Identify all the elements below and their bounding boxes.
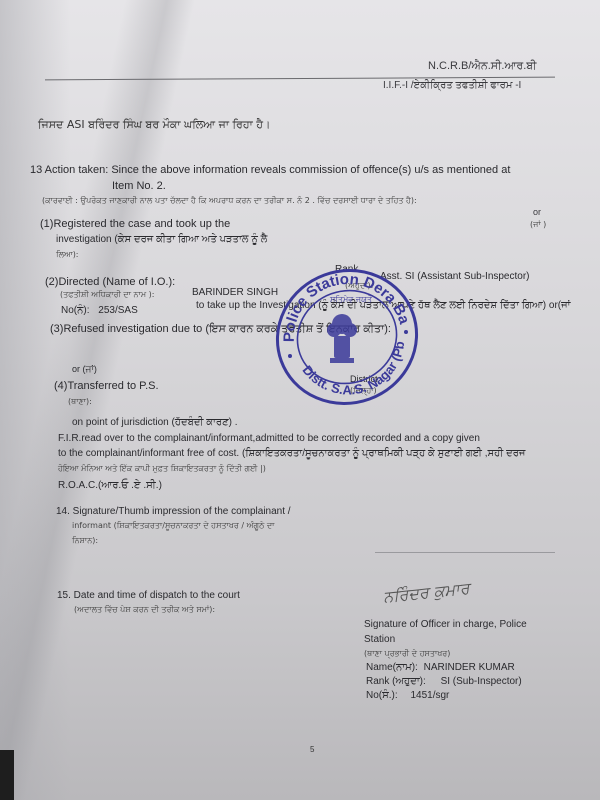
item13-punjabi: (ਕਾਰਵਾਈ : ਉਪਰੋਕਤ ਜਾਣਕਾਰੀ ਨਾਲ ਪਤਾ ਚੱਲਦਾ ਹ… — [42, 196, 417, 206]
item14-label3: ਨਿਸ਼ਾਨ): — [72, 536, 98, 546]
io-label-pa: (ਤਫਤੀਸ਼ੀ ਅਧਿਕਾਰੀ ਦਾ ਨਾਮ ): — [60, 290, 154, 300]
opt1-text3: ਲਿਆ): — [56, 250, 79, 260]
item15-label-pa: (ਅਦਾਲਤ ਵਿੱਚ ਪੇਸ਼ ਕਰਨ ਦੀ ਤਰੀਕ ਅਤੇ ਸਮਾਂ): — [74, 605, 215, 615]
opt1-text: Registered the case and took up the — [53, 218, 230, 230]
officer-no-value: 1451/sgr — [410, 690, 449, 701]
or-pa: (ਜਾਂ ) — [530, 220, 546, 230]
opt1-line: (1)Registered the case and took up the — [40, 218, 230, 230]
sig-label-pa: (ਥਾਣਾ ਪ੍ਰਭਾਰੀ ਦੇ ਹਸਤਾਖਰ) — [364, 649, 450, 659]
opt4-text-pa: (ਥਾਣਾ): — [68, 397, 92, 407]
stamp-inner-text: ਸਤਿਮੇਵ ਜਯਤੇ — [329, 295, 373, 304]
officer-no-label: No(ਸੰ.): — [366, 690, 398, 701]
background-corner — [0, 750, 14, 800]
iif-header: I.I.F.-I /ਏਕੀਕ੍ਰਿਤ ਤਫਤੀਸ਼ੀ ਫਾਰਮ -I — [383, 80, 521, 91]
intro-line: ਜਿਸਦ ASI ਬਰਿੰਦਰ ਸਿੰਘ ਬਰ ਮੌਕਾ ਘਲਿਆ ਜਾ ਰਿਹ… — [38, 118, 270, 132]
sig-label2: Station — [364, 634, 395, 645]
roac-line: R.O.A.C.(ਆਰ.ਓ .ਏ .ਸੀ.) — [58, 480, 162, 491]
io-name: BARINDER SINGH — [192, 287, 278, 298]
officer-signature: ਨਰਿੰਦਰ ਕੁਮਾਰ — [382, 579, 470, 608]
item15-label: 15. Date and time of dispatch to the cou… — [57, 590, 240, 601]
police-station-stamp: Police Station Dera Bassi Distt. S.A.S. … — [272, 262, 422, 412]
emblem-icon — [327, 314, 357, 363]
or-en: or — [533, 207, 541, 217]
opt1-text2: investigation (ਕੇਸ ਦਰਜ ਕੀਤਾ ਗਿਆ ਅਤੇ ਪੜਤਾ… — [56, 234, 267, 245]
fir-line-1: F.I.R.read over to the complainant/infor… — [58, 433, 480, 444]
opt2-label: Directed (Name of I.O.): — [58, 276, 175, 288]
item14-label2: informant (ਸ਼ਿਕਾਇਤਕਰਤਾ/ਸੂਚਨਾਕਰਤਾ ਦੇ ਹਸਤਾ… — [72, 521, 274, 531]
opt4-number: (4) — [54, 380, 67, 392]
complainant-signature-line — [375, 552, 555, 553]
officer-rank-label: Rank (ਅਹੁਦਾ): — [366, 676, 426, 687]
io-no-value: 253/SAS — [98, 305, 137, 316]
item13-label-cont: Item No. 2. — [112, 180, 166, 192]
sig-label: Signature of Officer in charge, Police — [364, 619, 527, 630]
officer-name-label: Name(ਨਾਮ): — [366, 662, 418, 673]
opt2-number: (2) — [45, 276, 58, 288]
jurisdiction-line: on point of jurisdiction (ਹੱਦਬੰਦੀ ਕਾਰਣ) … — [72, 417, 238, 428]
opt3-number: (3) — [50, 323, 63, 335]
page-number: 5 — [310, 745, 314, 754]
fir-line-3: ਹੋਇਆ ਮੰਨਿਆ ਅਤੇ ਇੱਕ ਕਾਪੀ ਮੁਫ਼ਤ ਸ਼ਿਕਾਇਤਕਰਤ… — [58, 464, 266, 474]
officer-name-value: NARINDER KUMAR — [424, 662, 515, 673]
opt1-number: (1) — [40, 218, 53, 230]
officer-rank-value: SI (Sub-Inspector) — [441, 676, 522, 687]
item13-label: 13 Action taken: Since the above informa… — [30, 164, 510, 176]
fir-line-2: to the complainant/informant free of cos… — [58, 448, 525, 459]
or-line: or (ਜਾਂ) — [72, 364, 97, 375]
opt4-line: (4)Transferred to P.S. — [54, 380, 159, 392]
opt4-text: Transferred to P.S. — [67, 380, 158, 392]
opt2-line: (2)Directed (Name of I.O.): — [45, 276, 175, 288]
io-no-label: No(ਨੰ): — [61, 305, 89, 316]
ncrb-header: N.C.R.B/ਐਨ.ਸੀ.ਆਰ.ਬੀ — [428, 60, 536, 73]
item14-label: 14. Signature/Thumb impression of the co… — [56, 506, 291, 517]
